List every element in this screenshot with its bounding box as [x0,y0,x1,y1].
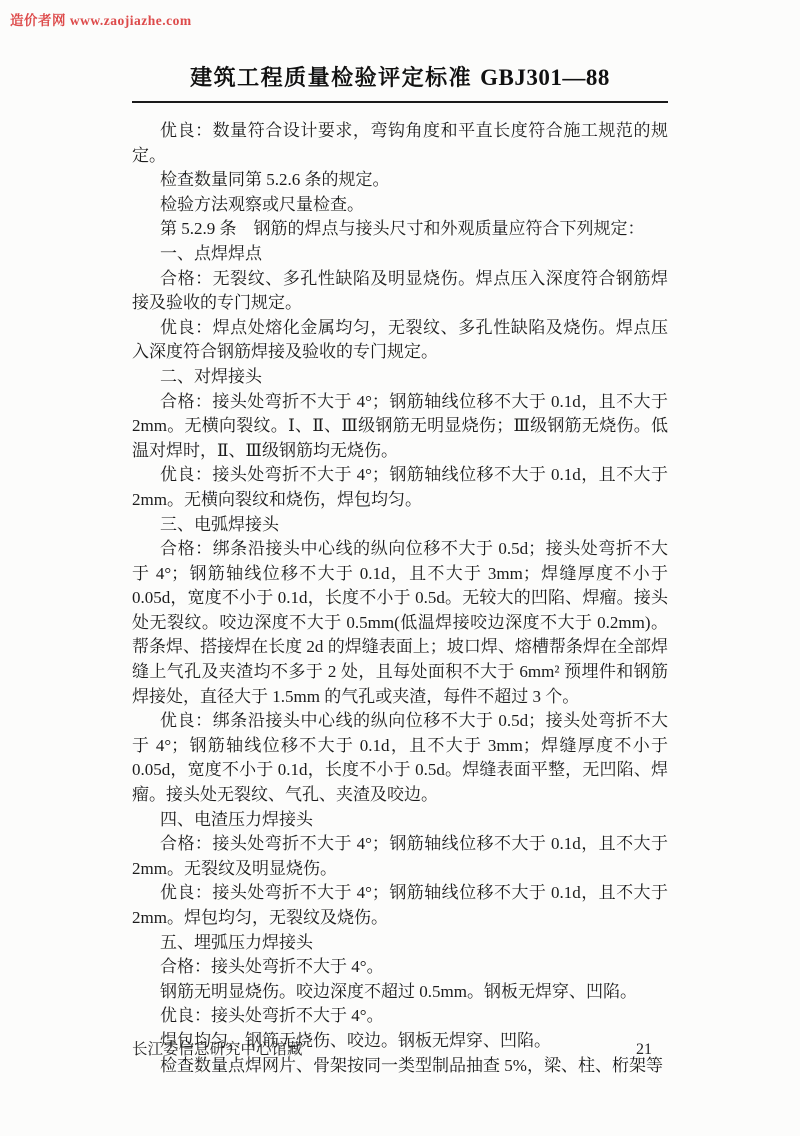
paragraph: 优良：数量符合设计要求，弯钩角度和平直长度符合施工规范的规定。 [132,119,668,168]
paragraph: 合格：接头处弯折不大于 4°。 [132,955,668,980]
page-number: 21 [636,1041,668,1059]
document-header: 建筑工程质量检验评定标准GBJ301—88 [132,62,668,94]
paragraph: 优良：接头处弯折不大于 4°；钢筋轴线位移不大于 0.1d，且不大于 2mm。无… [132,463,668,512]
paragraph: 检查数量同第 5.2.6 条的规定。 [132,168,668,193]
collection-stamp: 长江委信息研究中心馆藏 [132,1037,303,1059]
title-divider-rule [132,101,668,103]
document-body: 优良：数量符合设计要求，弯钩角度和平直长度符合施工规范的规定。 检查数量同第 5… [132,119,668,1078]
paragraph-heading-electroslag-weld: 四、电渣压力焊接头 [132,808,668,833]
paragraph: 合格：绑条沿接头中心线的纵向位移不大于 0.5d；接头处弯折不大于 4°；钢筋轴… [132,537,668,709]
paragraph: 优良：绑条沿接头中心线的纵向位移不大于 0.5d；接头处弯折不大于 4°；钢筋轴… [132,709,668,807]
paragraph: 优良：接头处弯折不大于 4°。 [132,1004,668,1029]
paragraph: 检验方法观察或尺量检查。 [132,193,668,218]
paragraph: 合格：无裂纹、多孔性缺陷及明显烧伤。焊点压入深度符合钢筋焊接及验收的专门规定。 [132,267,668,316]
scanned-document-page: { "colors": { "paper": "#fcfcfb", "ink":… [0,0,800,1136]
paragraph: 合格：接头处弯折不大于 4°；钢筋轴线位移不大于 0.1d，且不大于 2mm。无… [132,832,668,881]
paragraph-heading-arc-weld: 三、电弧焊接头 [132,513,668,538]
paragraph-heading-spot-weld: 一、点焊焊点 [132,242,668,267]
paragraph-clause-5-2-9: 第 5.2.9 条 钢筋的焊点与接头尺寸和外观质量应符合下列规定： [132,217,668,242]
paragraph-heading-submerged-arc-weld: 五、埋弧压力焊接头 [132,931,668,956]
watermark-site-text: 造价者网 www.zaojiazhe.com [10,9,192,29]
page-footer: 长江委信息研究中心馆藏 21 [132,1037,668,1059]
document-title: 建筑工程质量检验评定标准 [190,65,472,90]
standard-code: GBJ301—88 [480,65,610,90]
paragraph: 优良：接头处弯折不大于 4°；钢筋轴线位移不大于 0.1d，且不大于 2mm。焊… [132,881,668,930]
paragraph-heading-butt-weld: 二、对焊接头 [132,365,668,390]
page-content: 建筑工程质量检验评定标准GBJ301—88 优良：数量符合设计要求，弯钩角度和平… [132,62,668,1078]
paragraph: 钢筋无明显烧伤。咬边深度不超过 0.5mm。钢板无焊穿、凹陷。 [132,980,668,1005]
paragraph: 合格：接头处弯折不大于 4°；钢筋轴线位移不大于 0.1d，且不大于 2mm。无… [132,390,668,464]
paragraph: 优良：焊点处熔化金属均匀，无裂纹、多孔性缺陷及烧伤。焊点压入深度符合钢筋焊接及验… [132,316,668,365]
